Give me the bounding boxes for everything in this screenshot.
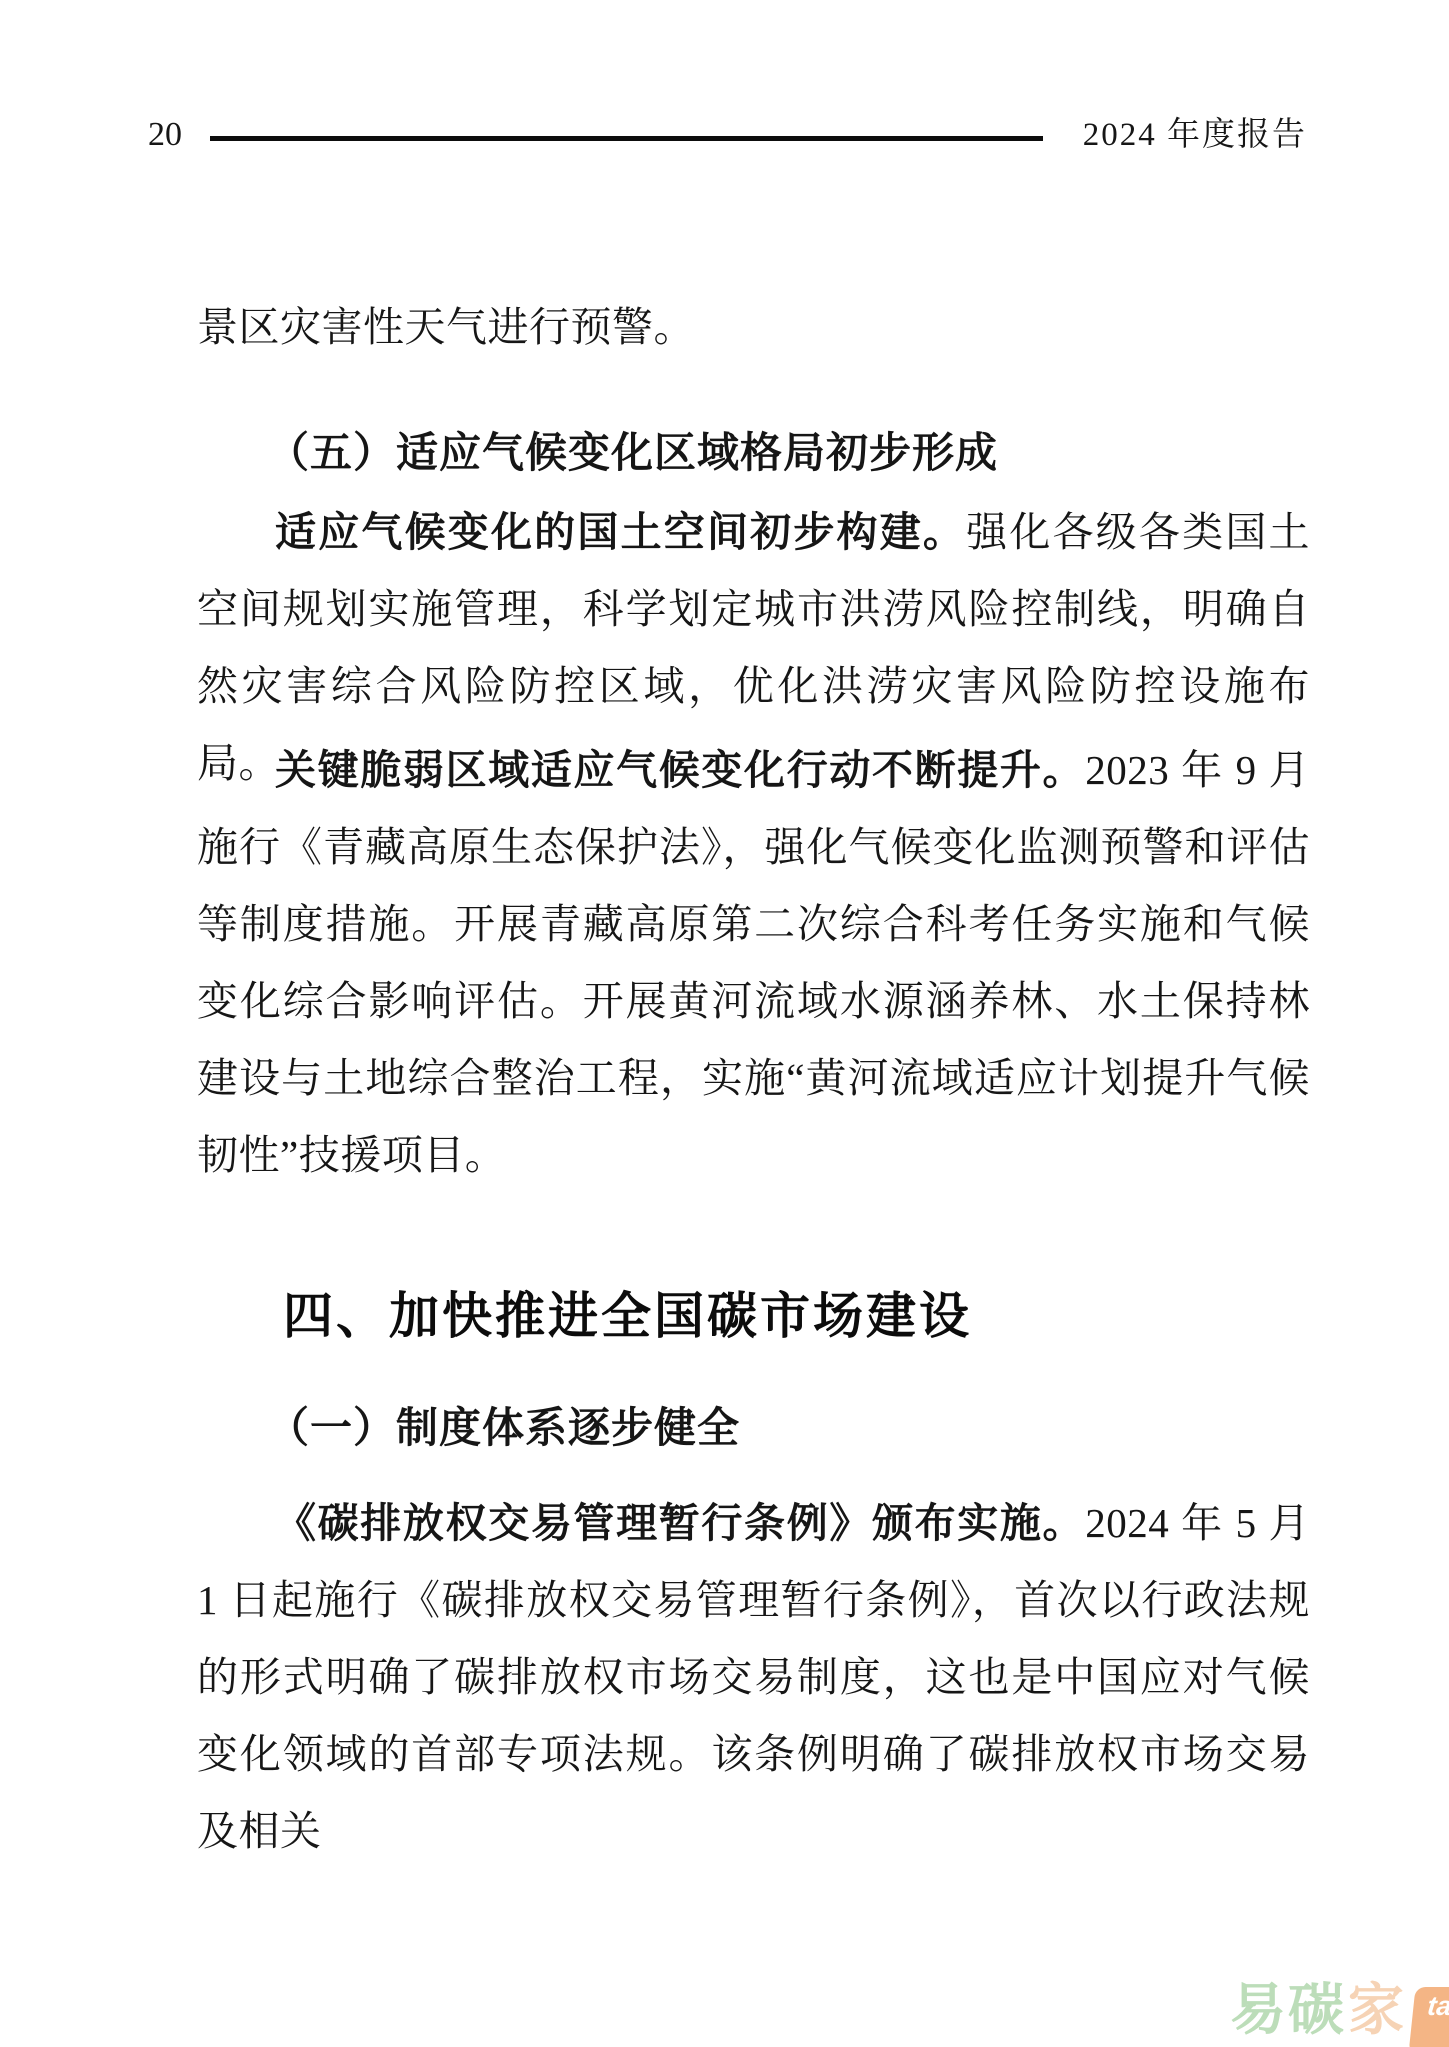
paragraph-body-text: 2023 年 9 月施行《青藏高原生态保护法》，强化气候变化监测预警和评估等制度… xyxy=(197,747,1310,1178)
header-rule xyxy=(210,136,1043,141)
section-heading-1: （一）制度体系逐步健全 xyxy=(197,1398,1310,1458)
brand-domain-badge: tanjiaoyi .com xyxy=(1408,1987,1449,2047)
chapter-heading-4: 四、加快推进全国碳市场建设 xyxy=(197,1282,1310,1350)
page-number: 20 xyxy=(148,112,182,158)
tanjiaoyi-watermark-logo: 易碳 家 tanjiaoyi .com xyxy=(1230,1980,1449,2040)
brand-glyph-orange: 家 xyxy=(1348,1980,1404,2040)
section-heading-5: （五）适应气候变化区域格局初步形成 xyxy=(197,423,1310,483)
paragraph-lead-bold: 《碳排放权交易管理暂行条例》颁布实施。 xyxy=(275,1500,1085,1546)
page-header: 20 2024 年度报告 xyxy=(148,112,1307,158)
paragraph-vulnerable-regions: 关键脆弱区域适应气候变化行动不断提升。2023 年 9 月施行《青藏高原生态保护… xyxy=(197,732,1310,1194)
brand-domain-tld: .com xyxy=(1423,2021,1449,2047)
paragraph-lead-bold: 适应气候变化的国土空间初步构建。 xyxy=(275,509,966,555)
paragraph-continuation: 景区灾害性天气进行预警。 xyxy=(197,289,1310,366)
paragraph-carbon-regulation: 《碳排放权交易管理暂行条例》颁布实施。2024 年 5 月 1 日起施行《碳排放… xyxy=(197,1485,1310,1870)
report-title: 2024 年度报告 xyxy=(1083,112,1307,158)
brand-domain-name: tanjiaoyi xyxy=(1426,1992,1449,2021)
document-page: 20 2024 年度报告 景区灾害性天气进行预警。 （五）适应气候变化区域格局初… xyxy=(0,0,1449,2047)
paragraph-body-text: 2024 年 5 月 1 日起施行《碳排放权交易管理暂行条例》，首次以行政法规的… xyxy=(197,1500,1310,1854)
brand-glyphs-green: 易碳 xyxy=(1230,1980,1346,2040)
paragraph-lead-bold: 关键脆弱区域适应气候变化行动不断提升。 xyxy=(275,747,1085,793)
